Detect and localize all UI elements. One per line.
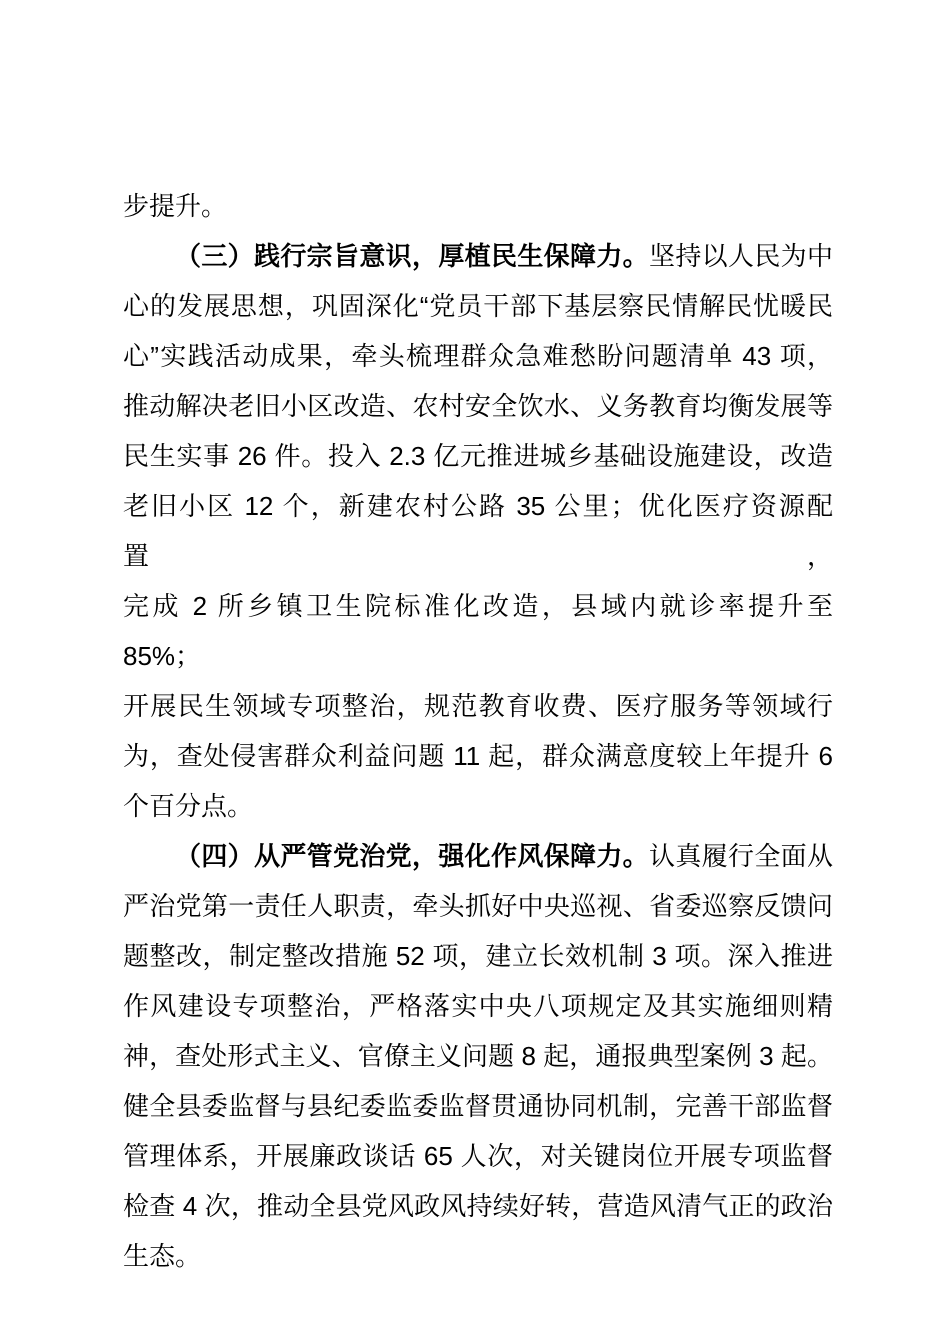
paragraph-previous-tail: 步提升。 [123, 181, 833, 231]
text-line: 老旧小区 12 个，新建农村公路 35 公里；优化医疗资源配置， [123, 481, 833, 581]
text-line: 题整改，制定整改措施 52 项，建立长效机制 3 项。深入推进 [123, 931, 833, 981]
text-run: 生态。 [123, 1241, 201, 1271]
text-line: 完成 2 所乡镇卫生院标准化改造，县域内就诊率提升至 85%； [123, 581, 833, 681]
text-line: 严治党第一责任人职责，牵头抓好中央巡视、省委巡察反馈问 [123, 881, 833, 931]
text-run: 个百分点。 [123, 791, 253, 821]
section-4-zuofeng: （四）从严管党治党，强化作风保障力。认真履行全面从严治党第一责任人职责，牵头抓好… [123, 831, 833, 1281]
section-3-minsheng: （三）践行宗旨意识，厚植民生保障力。坚持以人民为中心的发展思想，巩固深化“党员干… [123, 231, 833, 831]
text-line: （四）从严管党治党，强化作风保障力。认真履行全面从 [123, 831, 833, 881]
text-line: 检查 4 次，推动全县党风政风持续好转，营造风清气正的政治 [123, 1181, 833, 1231]
text-run: 作风建设专项整治，严格落实中央八项规定及其实施细则精 [123, 991, 833, 1021]
text-run: 步提升。 [123, 191, 227, 221]
text-line: （三）践行宗旨意识，厚植民生保障力。坚持以人民为中 [123, 231, 833, 281]
text-run: 认真履行全面从 [649, 841, 833, 871]
text-run: 民生实事 26 件。投入 2.3 亿元推进城乡基础设施建设，改造 [123, 441, 833, 471]
heading-run: （三）践行宗旨意识，厚植民生保障力。 [175, 241, 649, 271]
text-run: 严治党第一责任人职责，牵头抓好中央巡视、省委巡察反馈问 [123, 891, 833, 921]
text-run: 神，查处形式主义、官僚主义问题 8 起，通报典型案例 3 起。 [123, 1041, 833, 1071]
text-run: 推动解决老旧小区改造、农村安全饮水、义务教育均衡发展等 [123, 391, 833, 421]
text-run: 坚持以人民为中 [649, 241, 833, 271]
heading-run: （四）从严管党治党，强化作风保障力。 [175, 841, 649, 871]
text-line: 个百分点。 [123, 781, 833, 831]
text-line: 民生实事 26 件。投入 2.3 亿元推进城乡基础设施建设，改造 [123, 431, 833, 481]
text-run: 为，查处侵害群众利益问题 11 起，群众满意度较上年提升 6 [123, 741, 833, 771]
text-run: 题整改，制定整改措施 52 项，建立长效机制 3 项。深入推进 [123, 941, 833, 971]
text-run: 开展民生领域专项整治，规范教育收费、医疗服务等领域行 [123, 691, 833, 721]
text-line: 推动解决老旧小区改造、农村安全饮水、义务教育均衡发展等 [123, 381, 833, 431]
text-line: 心的发展思想，巩固深化“党员干部下基层察民情解民忧暖民 [123, 281, 833, 331]
text-line: 生态。 [123, 1231, 833, 1281]
text-line: 健全县委监督与县纪委监委监督贯通协同机制，完善干部监督 [123, 1081, 833, 1131]
text-line: 步提升。 [123, 181, 833, 231]
text-run: 检查 4 次，推动全县党风政风持续好转，营造风清气正的政治 [123, 1191, 833, 1221]
text-line: 神，查处形式主义、官僚主义问题 8 起，通报典型案例 3 起。 [123, 1031, 833, 1081]
text-run: 管理体系，开展廉政谈话 65 人次，对关键岗位开展专项监督 [123, 1141, 833, 1171]
text-run: 完成 2 所乡镇卫生院标准化改造，县域内就诊率提升至 85%； [123, 591, 840, 671]
document-body: 步提升。（三）践行宗旨意识，厚植民生保障力。坚持以人民为中心的发展思想，巩固深化… [123, 181, 833, 1281]
text-line: 管理体系，开展廉政谈话 65 人次，对关键岗位开展专项监督 [123, 1131, 833, 1181]
text-line: 心”实践活动成果，牵头梳理群众急难愁盼问题清单 43 项， [123, 331, 833, 381]
text-run: 心的发展思想，巩固深化“党员干部下基层察民情解民忧暖民 [123, 291, 833, 321]
text-line: 作风建设专项整治，严格落实中央八项规定及其实施细则精 [123, 981, 833, 1031]
document-page: 步提升。（三）践行宗旨意识，厚植民生保障力。坚持以人民为中心的发展思想，巩固深化… [0, 0, 950, 1344]
text-run: 健全县委监督与县纪委监委监督贯通协同机制，完善干部监督 [123, 1091, 833, 1121]
text-line: 为，查处侵害群众利益问题 11 起，群众满意度较上年提升 6 [123, 731, 833, 781]
text-line: 开展民生领域专项整治，规范教育收费、医疗服务等领域行 [123, 681, 833, 731]
text-run: 心”实践活动成果，牵头梳理群众急难愁盼问题清单 43 项， [123, 341, 833, 371]
text-run: 老旧小区 12 个，新建农村公路 35 公里；优化医疗资源配置， [123, 491, 833, 571]
